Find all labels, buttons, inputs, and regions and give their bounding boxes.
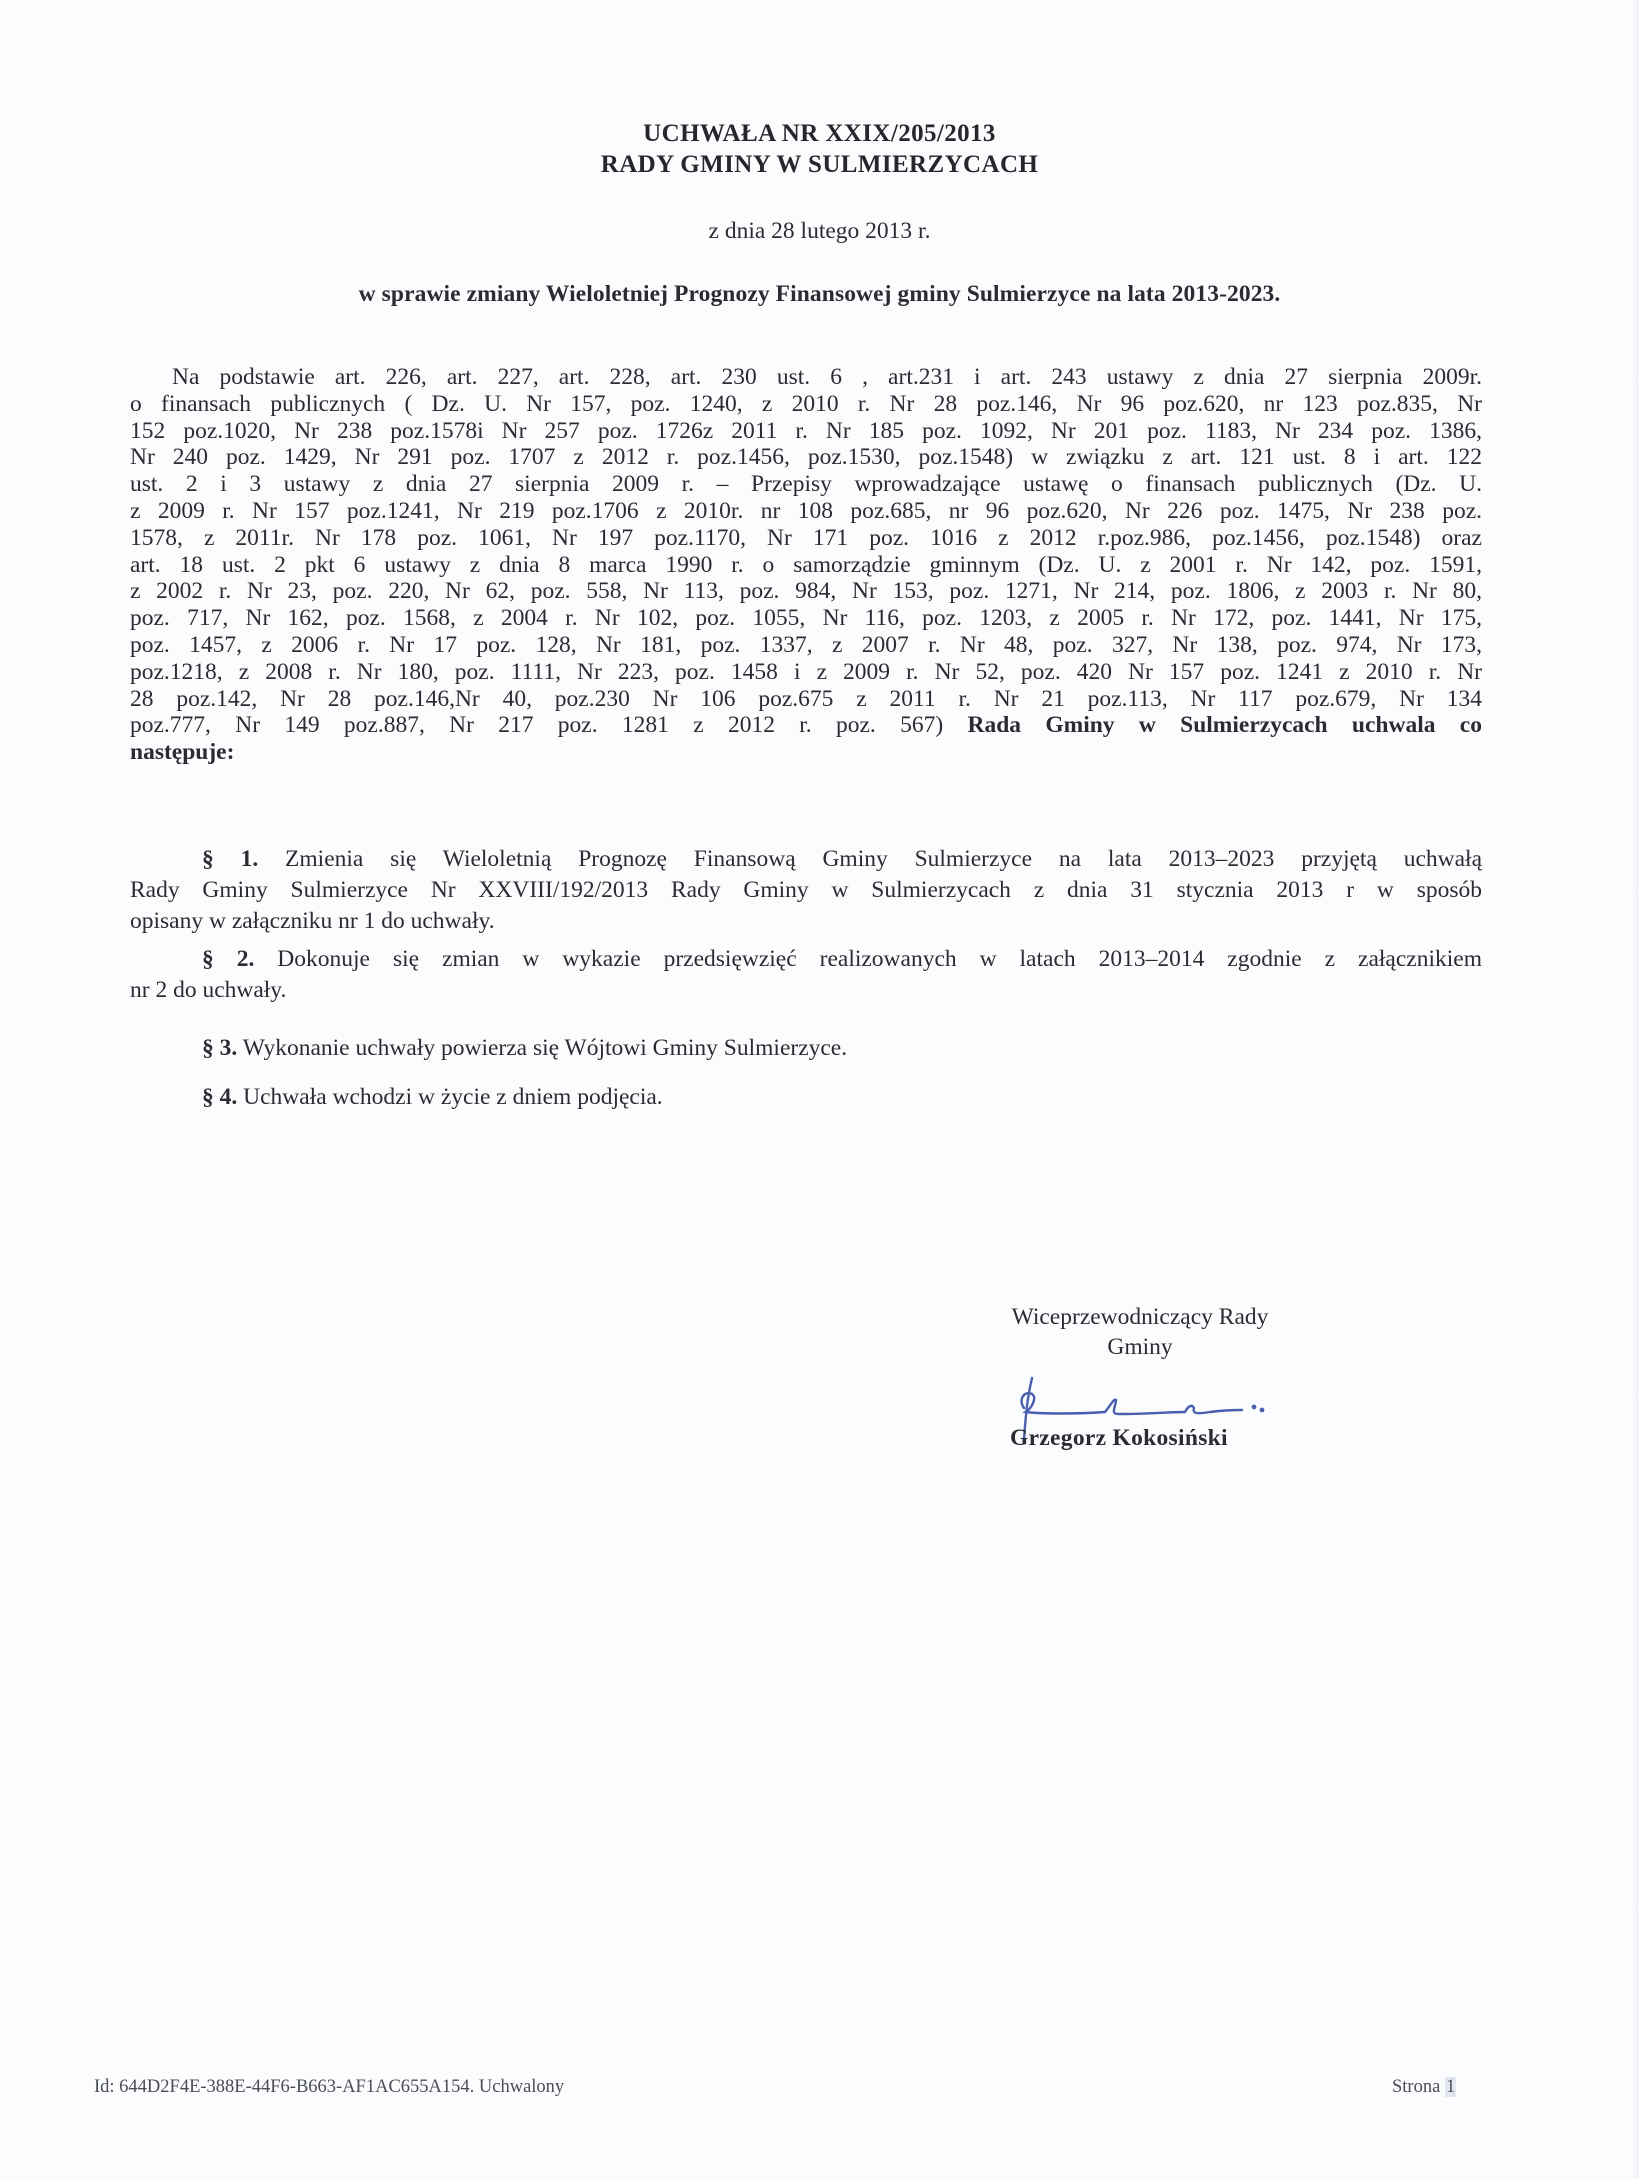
section-number: § 2. <box>202 946 254 972</box>
signatory-name: Grzegorz Kokosiński <box>1010 1425 1228 1452</box>
resolution-number: UCHWAŁA NR XXIX/205/2013 <box>0 118 1639 149</box>
page-number: 1 <box>1445 2077 1456 2097</box>
section-text: Uchwała wchodzi w życie z dniem podjęcia… <box>237 1084 662 1110</box>
preamble-line: poz.777, Nr 149 poz.887, Nr 217 poz. 128… <box>130 712 1482 739</box>
section-number: § 3. <box>202 1035 237 1061</box>
section-line: Rady Gminy Sulmierzyce Nr XXVIII/192/201… <box>130 875 1482 906</box>
signatory-role: Wiceprzewodniczący Rady <box>990 1302 1290 1332</box>
section-number: § 1. <box>202 846 258 872</box>
preamble-line: 28 poz.142, Nr 28 poz.146,Nr 40, poz.230… <box>130 686 1482 713</box>
preamble-line: ust. 2 i 3 ustawy z dnia 27 sierpnia 200… <box>130 471 1482 498</box>
preamble-line: art. 18 ust. 2 pkt 6 ustawy z dnia 8 mar… <box>130 552 1482 579</box>
section-line: § 1. Zmienia się Wieloletnią Prognozę Fi… <box>130 844 1482 875</box>
preamble-line: poz.1218, z 2008 r. Nr 180, poz. 1111, N… <box>130 659 1482 686</box>
document-page: UCHWAŁA NR XXIX/205/2013 RADY GMINY W SU… <box>0 0 1639 2179</box>
preamble-line: Nr 240 poz. 1429, Nr 291 poz. 1707 z 201… <box>130 444 1482 471</box>
document-id: Id: 644D2F4E-388E-44F6-B663-AF1AC655A154… <box>94 2077 564 2098</box>
preamble-line: 152 poz.1020, Nr 238 poz.1578i Nr 257 po… <box>130 418 1482 445</box>
resolution-subject: w sprawie zmiany Wieloletniej Prognozy F… <box>0 281 1639 308</box>
section-2: § 2. Dokonuje się zmian w wykazie przeds… <box>130 944 1482 1006</box>
preamble-line-text: poz.777, Nr 149 poz.887, Nr 217 poz. 128… <box>130 712 967 738</box>
page-label: Strona <box>1392 2077 1440 2097</box>
section-line: nr 2 do uchwały. <box>130 975 1482 1006</box>
preamble-line: 1578, z 2011r. Nr 178 poz. 1061, Nr 197 … <box>130 525 1482 552</box>
section-line: § 3. Wykonanie uchwały powierza się Wójt… <box>130 1033 1482 1064</box>
section-line: § 2. Dokonuje się zmian w wykazie przeds… <box>130 944 1482 975</box>
section-line: § 4. Uchwała wchodzi w życie z dniem pod… <box>130 1082 1482 1113</box>
section-number: § 4. <box>202 1084 237 1110</box>
preamble-line: z 2009 r. Nr 157 poz.1241, Nr 219 poz.17… <box>130 498 1482 525</box>
section-text: Dokonuje się zmian w wykazie przedsięwzi… <box>254 946 1482 972</box>
preamble-line: Na podstawie art. 226, art. 227, art. 22… <box>130 364 1482 391</box>
preamble-line: z 2002 r. Nr 23, poz. 220, Nr 62, poz. 5… <box>130 578 1482 605</box>
resolution-date: z dnia 28 lutego 2013 r. <box>0 218 1639 245</box>
section-4: § 4. Uchwała wchodzi w życie z dniem pod… <box>130 1082 1482 1113</box>
preamble-line: poz. 1457, z 2006 r. Nr 17 poz. 128, Nr … <box>130 632 1482 659</box>
preamble: Na podstawie art. 226, art. 227, art. 22… <box>130 364 1482 766</box>
section-1: § 1. Zmienia się Wieloletnią Prognozę Fi… <box>130 844 1482 937</box>
scan-edge-shadow <box>1631 0 1639 2179</box>
resolution-header: UCHWAŁA NR XXIX/205/2013 RADY GMINY W SU… <box>0 118 1639 180</box>
signature-block: Wiceprzewodniczący Rady Gminy <box>990 1302 1290 1362</box>
section-line: opisany w załączniku nr 1 do uchwały. <box>130 906 1482 937</box>
preamble-line: poz. 717, Nr 162, poz. 1568, z 2004 r. N… <box>130 605 1482 632</box>
issuing-body: RADY GMINY W SULMIERZYCACH <box>0 149 1639 180</box>
preamble-closing: następuje: <box>130 739 1482 766</box>
page-indicator: Strona 1 <box>1392 2077 1456 2098</box>
section-3: § 3. Wykonanie uchwały powierza się Wójt… <box>130 1033 1482 1064</box>
section-text: Zmienia się Wieloletnią Prognozę Finanso… <box>258 846 1482 872</box>
council-resolves-text: Rada Gminy w Sulmierzycach uchwala co <box>967 712 1482 738</box>
signatory-role-cont: Gminy <box>990 1332 1290 1362</box>
section-text: Wykonanie uchwały powierza się Wójtowi G… <box>237 1035 847 1061</box>
preamble-line: o finansach publicznych ( Dz. U. Nr 157,… <box>130 391 1482 418</box>
